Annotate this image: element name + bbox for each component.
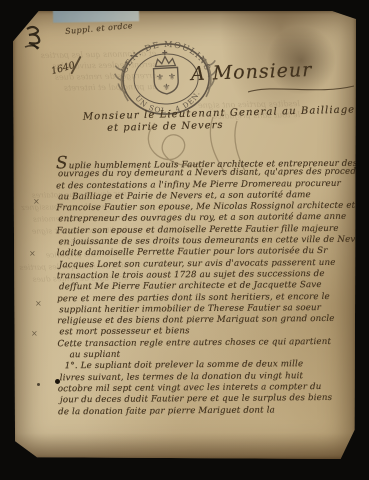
fleur-de-lis-icon: ⚜ bbox=[162, 83, 171, 93]
fleur-de-lis-icon: ⚜ bbox=[168, 72, 177, 82]
crown-icon bbox=[155, 56, 175, 67]
pen-flourish bbox=[248, 81, 356, 97]
paper-edge-shadow bbox=[13, 433, 356, 459]
ink-scribble bbox=[19, 17, 61, 59]
petition-body: Suplie humblement Louis Fautier architec… bbox=[56, 156, 358, 418]
margin-mark: × bbox=[33, 197, 40, 206]
ink-blot bbox=[37, 383, 40, 386]
document-scan: et ordonnons que les parties seront regl… bbox=[0, 0, 369, 480]
archivist-note: Suppl. et ordce bbox=[65, 21, 134, 36]
margin-mark: × bbox=[35, 299, 42, 308]
margin-mark: × bbox=[31, 329, 38, 338]
manuscript-page: et ordonnons que les parties seront regl… bbox=[13, 11, 356, 459]
margin-mark: × bbox=[29, 249, 36, 258]
body-line: de la donation faite par pierre Mariguet… bbox=[58, 404, 358, 418]
fleur-de-lis-icon: ⚜ bbox=[156, 73, 165, 83]
